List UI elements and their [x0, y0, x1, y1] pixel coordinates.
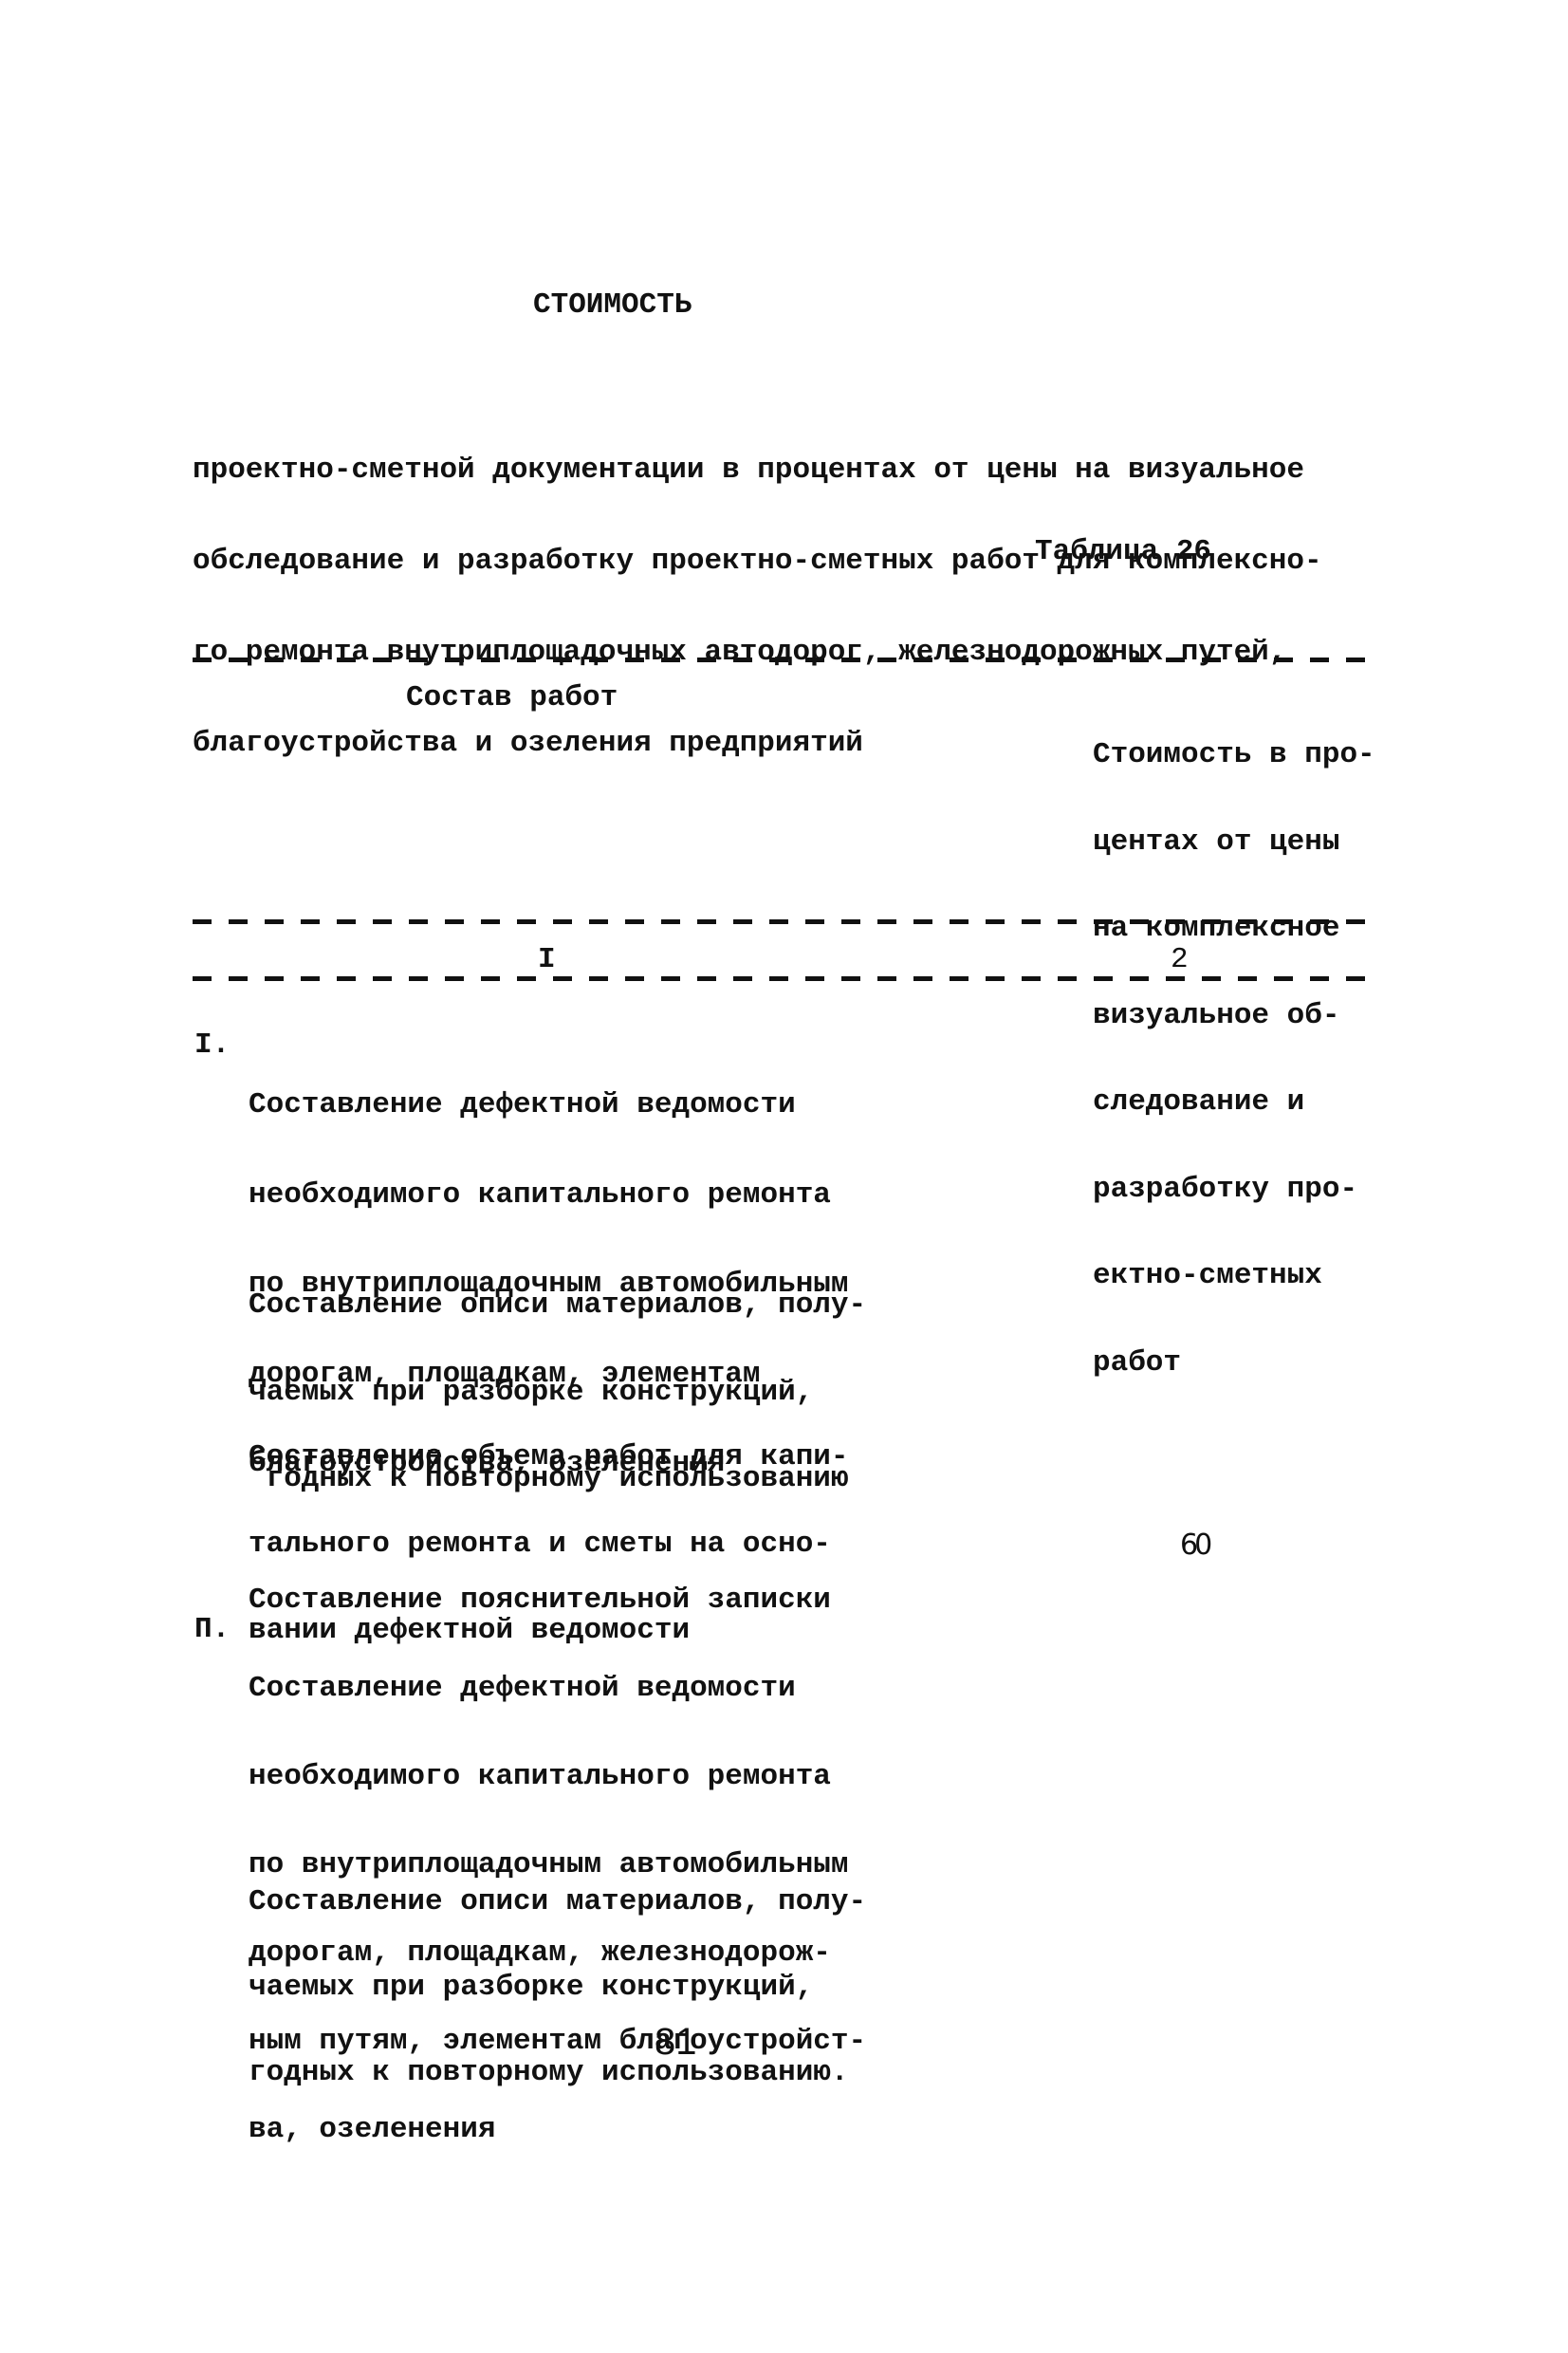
- page-number: 81: [655, 2023, 697, 2061]
- header-line: на комплексное: [1093, 915, 1375, 944]
- column-header-work-composition: Состав работ: [406, 683, 618, 713]
- row-line: Составление описи материалов, полу-: [249, 1888, 866, 1917]
- header-line: центах от цены: [1093, 828, 1375, 858]
- row-line: годных к повторному использованию.: [249, 2059, 866, 2087]
- column-header-cost-percent: Стоимость в про- центах от цены на компл…: [1093, 683, 1375, 1407]
- table-row: Составление описи материалов, полу- чаем…: [249, 1831, 866, 2116]
- row-line: Составление пояснительной записки: [249, 1585, 831, 1616]
- table-label: Таблица 26: [1035, 537, 1211, 567]
- row-line: необходимого капитального ремонта: [249, 1180, 849, 1211]
- cost-percent-value: 60: [1180, 1531, 1208, 1560]
- section-marker-2: П.: [194, 1615, 230, 1645]
- header-line: следование и: [1093, 1088, 1375, 1118]
- table-top-rule: [193, 658, 1369, 662]
- header-line: разработку про-: [1093, 1176, 1375, 1205]
- header-line: работ: [1093, 1349, 1375, 1379]
- column-number-1: I: [538, 945, 556, 975]
- row-line: Составление дефектной ведомости: [249, 1674, 866, 1703]
- row-line: ва, озеленения: [249, 2115, 866, 2144]
- row-line: Составление описи материалов, полу-: [249, 1291, 866, 1321]
- header-line: ектно-сметных: [1093, 1262, 1375, 1291]
- document-title: СТОИМОСТЬ: [533, 290, 692, 321]
- header-line: визуальное об-: [1093, 1002, 1375, 1031]
- column-number-2: 2: [1171, 945, 1189, 975]
- header-line: Стоимость в про-: [1093, 741, 1375, 770]
- subtitle-line: проектно-сметной документации в процента…: [193, 455, 1322, 486]
- row-line: чаемых при разборке конструкций,: [249, 1973, 866, 2002]
- row-line: Составление дефектной ведомости: [249, 1090, 849, 1121]
- row-line: Составление объема работ для капи-: [249, 1443, 849, 1473]
- subtitle-line: го ремонта внутриплощадочных автодорог, …: [193, 638, 1322, 668]
- section-marker-1: I.: [194, 1030, 230, 1061]
- row-line: необходимого капитального ремонта: [249, 1762, 866, 1791]
